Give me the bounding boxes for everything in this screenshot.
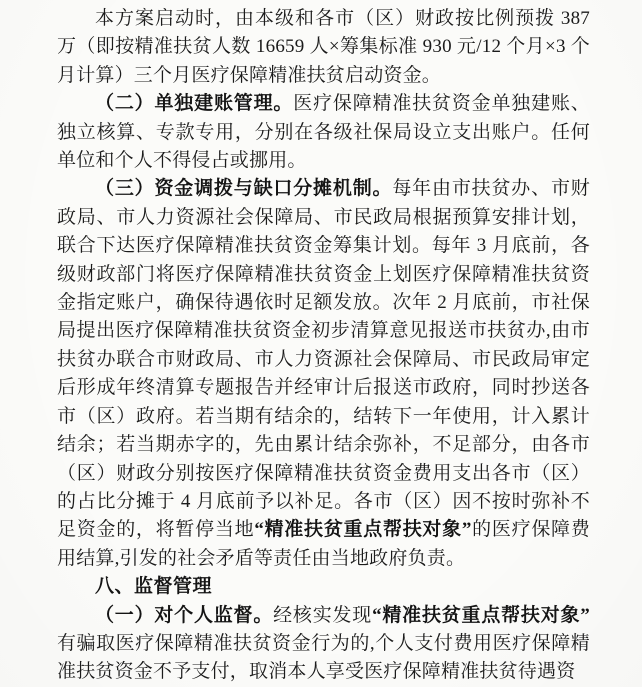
heading-section-8-supervision: 八、监督管理: [57, 573, 590, 601]
text-run-bold: （二）单独建账管理。: [95, 93, 293, 114]
text-run-bold: “精准扶贫重点帮扶对象”: [372, 605, 590, 626]
text-run: 经核实发现: [273, 605, 372, 626]
document-body: 本方案启动时，由本级和各市（区）财政按比例预拨 387 万（即按精准扶贫人数 1…: [0, 0, 642, 687]
para-section-8-1-individual-supervision: （一）对个人监督。经核实发现“精准扶贫重点帮扶对象”有骗取医疗保障精准扶贫资金行…: [57, 602, 590, 687]
text-run: 每年由市扶贫办、市财政局、市人力资源社会保障局、市民政局根据预算安排计划，联合下…: [57, 178, 590, 540]
document-page: 本方案启动时，由本级和各市（区）财政按比例预拨 387 万（即按精准扶贫人数 1…: [0, 0, 642, 687]
text-run: 有骗取医疗保障精准扶贫资金行为的,个人支付费用医疗保障精准扶贫资金不予支付，取消…: [57, 633, 590, 682]
text-run-bold: 八、监督管理: [95, 576, 212, 597]
text-run: 本方案启动时，由本级和各市（区）财政按比例预拨 387 万（即按精准扶贫人数 1…: [57, 8, 590, 86]
text-run-bold: （三）资金调拨与缺口分摊机制。: [95, 178, 392, 199]
para-section-2-separate-accounting: （二）单独建账管理。医疗保障精准扶贫资金单独建账、独立核算、专款专用，分别在各级…: [57, 90, 590, 175]
text-run-bold: （一）对个人监督。: [95, 605, 273, 626]
para-section-3-fund-allocation: （三）资金调拨与缺口分摊机制。每年由市扶贫办、市财政局、市人力资源社会保障局、市…: [57, 175, 590, 573]
para-startup-funding: 本方案启动时，由本级和各市（区）财政按比例预拨 387 万（即按精准扶贫人数 1…: [57, 5, 590, 90]
text-run-bold: “精准扶贫重点帮扶对象”: [254, 519, 471, 540]
